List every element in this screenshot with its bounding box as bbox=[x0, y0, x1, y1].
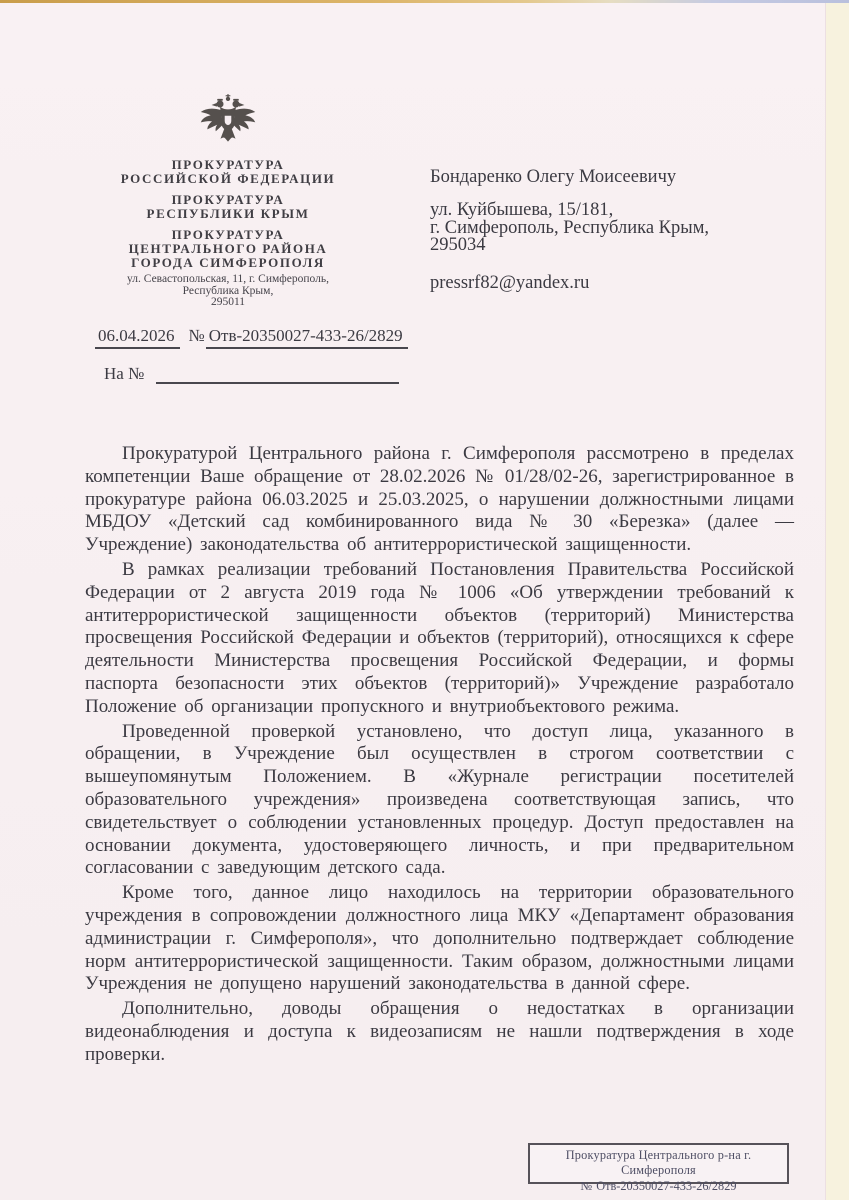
reference-line: 06.04.2026№Отв-20350027-433-26/2829 bbox=[95, 326, 408, 349]
letterhead-address: ул. Севастопольская, 11, г. Симферополь,… bbox=[84, 274, 372, 309]
registration-stamp: Прокуратура Центрального р-на г. Симферо… bbox=[528, 1143, 789, 1184]
org-line: РЕСПУБЛИКИ КРЫМ bbox=[84, 207, 372, 221]
recipient-address-line: 295034 bbox=[430, 237, 760, 255]
outgoing-number: Отв-20350027-433-26/2829 bbox=[206, 326, 408, 349]
reply-label: На № bbox=[104, 364, 144, 383]
scan-edge-top-line bbox=[0, 0, 849, 3]
org-line: ПРОКУРАТУРА bbox=[84, 193, 372, 207]
stamp-number-line: №Отв-20350027-433-26/2829 bbox=[530, 1178, 787, 1194]
body-paragraph: В рамках реализации требований Постановл… bbox=[85, 559, 794, 719]
coat-of-arms-icon bbox=[197, 94, 259, 146]
letter-body: Прокуратурой Центрального района г. Симф… bbox=[85, 443, 794, 1069]
body-paragraph: Дополнительно, доводы обращения о недост… bbox=[85, 998, 794, 1066]
reply-reference-line: На № bbox=[104, 364, 399, 384]
org-line: ГОРОДА СИМФЕРОПОЛЯ bbox=[84, 256, 372, 270]
recipient-name: Бондаренко Олегу Моисеевичу bbox=[430, 167, 760, 187]
body-paragraph: Кроме того, данное лицо находилось на те… bbox=[85, 882, 794, 996]
recipient-email: pressrf82@yandex.ru bbox=[430, 273, 760, 293]
recipient-address: ул. Куйбышева, 15/181, г. Симферополь, Р… bbox=[430, 202, 760, 255]
stamp-number-sign: № bbox=[580, 1179, 592, 1193]
scan-edge-right-strip bbox=[825, 3, 849, 1200]
body-paragraph: Прокуратурой Центрального района г. Симф… bbox=[85, 443, 794, 557]
org-name-central-district: ПРОКУРАТУРА ЦЕНТРАЛЬНОГО РАЙОНА ГОРОДА С… bbox=[84, 228, 372, 270]
outgoing-date: 06.04.2026 bbox=[95, 326, 180, 349]
letterhead-address-line: ул. Севастопольская, 11, г. Симферополь, bbox=[84, 274, 372, 286]
org-line: РОССИЙСКОЙ ФЕДЕРАЦИИ bbox=[84, 172, 372, 186]
body-paragraph: Проведенной проверкой установлено, что д… bbox=[85, 721, 794, 881]
letterhead-address-line: 295011 bbox=[84, 297, 372, 309]
org-name-republic-crimea: ПРОКУРАТУРА РЕСПУБЛИКИ КРЫМ bbox=[84, 193, 372, 221]
number-sign: № bbox=[189, 326, 205, 345]
scanned-letter-page: ПРОКУРАТУРА РОССИЙСКОЙ ФЕДЕРАЦИИ ПРОКУРА… bbox=[0, 0, 849, 1200]
reply-number-blank bbox=[156, 367, 399, 384]
letterhead: ПРОКУРАТУРА РОССИЙСКОЙ ФЕДЕРАЦИИ ПРОКУРА… bbox=[84, 94, 372, 309]
stamp-number: Отв-20350027-433-26/2829 bbox=[596, 1179, 736, 1193]
org-line: ПРОКУРАТУРА bbox=[84, 228, 372, 242]
org-line: ПРОКУРАТУРА bbox=[84, 158, 372, 172]
org-name-russian-federation: ПРОКУРАТУРА РОССИЙСКОЙ ФЕДЕРАЦИИ bbox=[84, 158, 372, 186]
recipient-block: Бондаренко Олегу Моисеевичу ул. Куйбышев… bbox=[430, 167, 760, 293]
recipient-address-line: ул. Куйбышева, 15/181, bbox=[430, 202, 760, 220]
stamp-org-line: Прокуратура Центрального р-на г. Симферо… bbox=[530, 1148, 787, 1178]
org-line: ЦЕНТРАЛЬНОГО РАЙОНА bbox=[84, 242, 372, 256]
